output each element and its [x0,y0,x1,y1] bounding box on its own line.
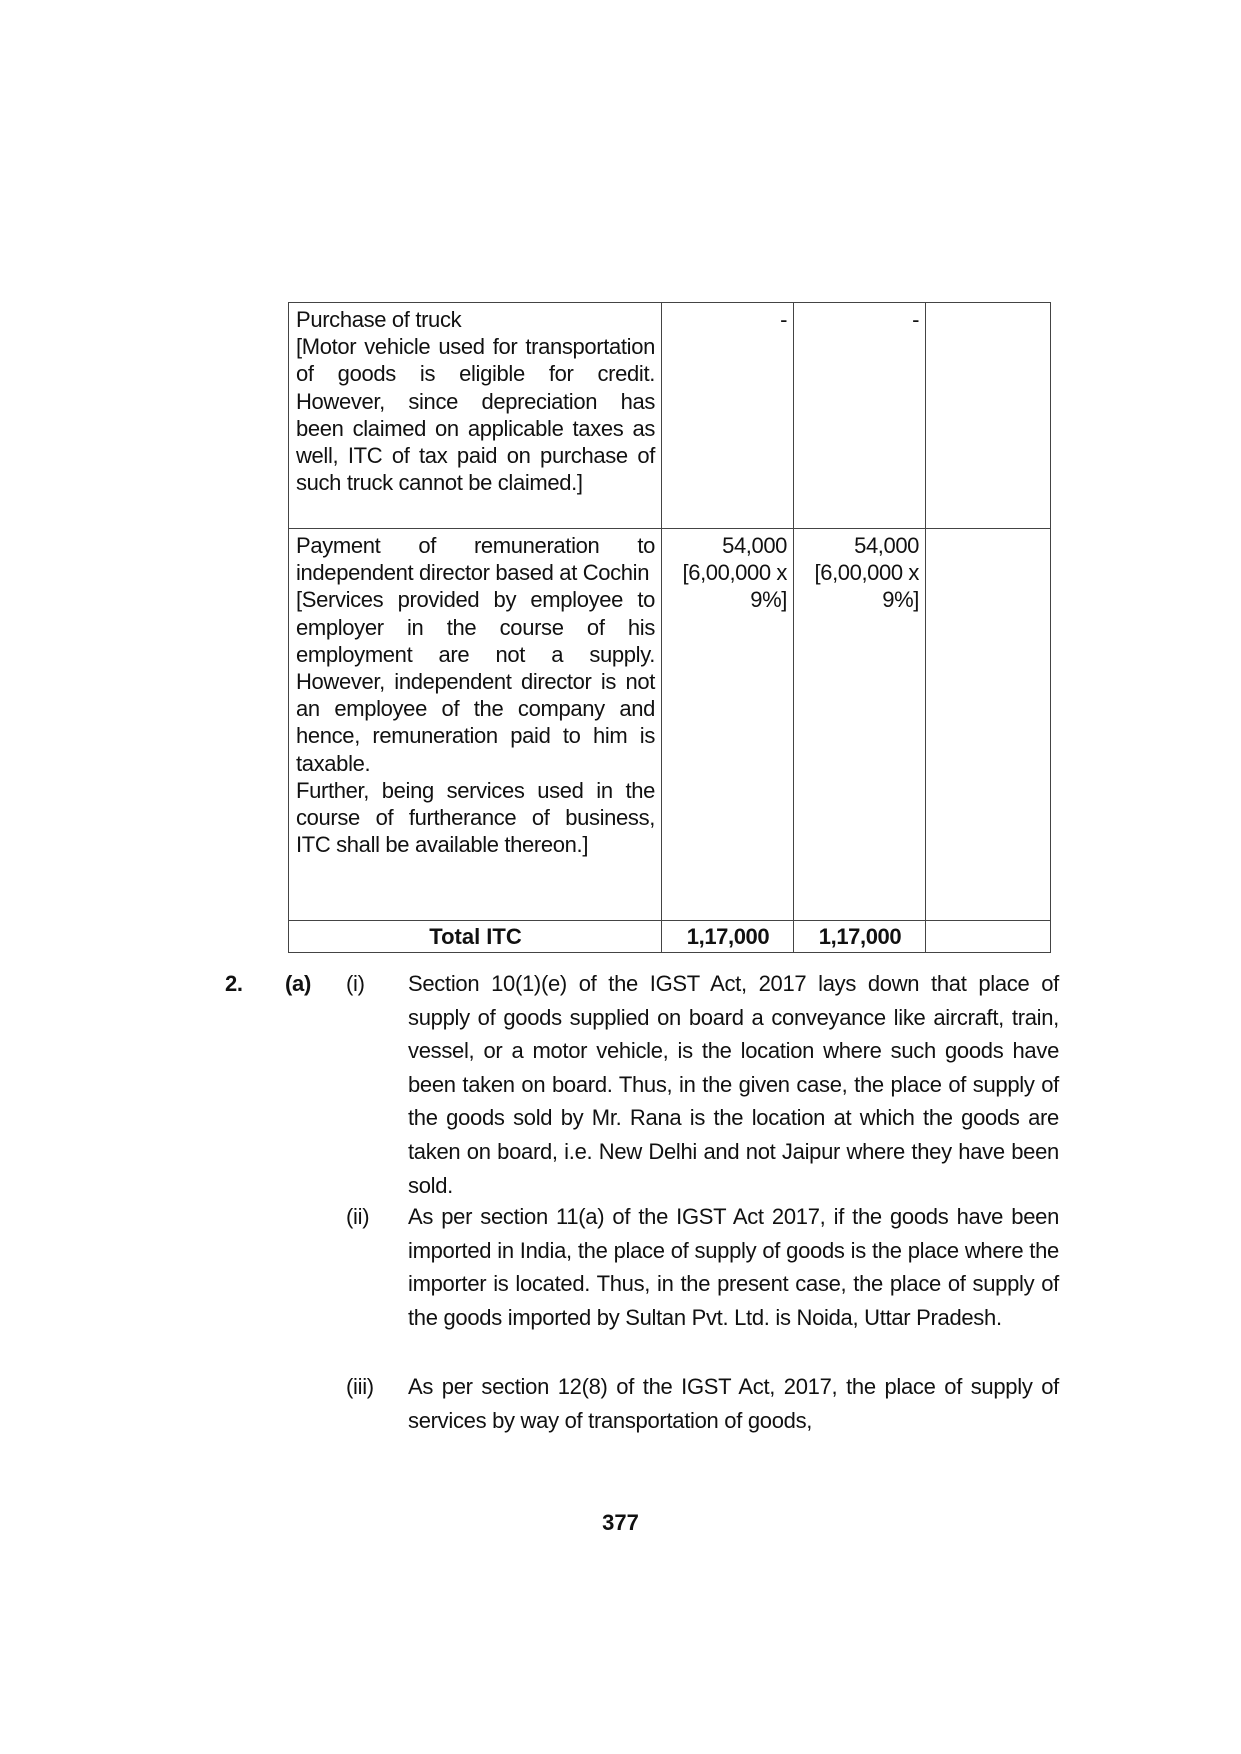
row-note: Further, being services used in the cour… [296,777,655,859]
table-row-total: Total ITC 1,17,000 1,17,000 [289,921,1051,953]
itc-table: Purchase of truck [Motor vehicle used fo… [288,302,1051,953]
sgst-value: 54,000 [6,00,000 x 9%] [794,529,926,921]
value-line: 9%] [801,586,919,613]
value-line: 54,000 [801,532,919,559]
igst-value [926,303,1051,529]
value-line: [6,00,000 x [669,559,787,586]
answer-item-iii: As per section 12(8) of the IGST Act, 20… [408,1370,1059,1437]
value-line: 54,000 [669,532,787,559]
item-number-iii: (iii) [346,1370,374,1404]
answer-item-ii: As per section 11(a) of the IGST Act 201… [408,1200,1059,1334]
page-number: 377 [0,1510,1241,1536]
sgst-value: - [794,303,926,529]
value-line: [6,00,000 x [801,559,919,586]
row-note: [Services provided by employee to employ… [296,586,655,776]
table-row-director: Payment of remuneration to independent d… [289,529,1051,921]
cgst-value: - [662,303,794,529]
total-cgst: 1,17,000 [662,921,794,953]
answer-item-i: Section 10(1)(e) of the IGST Act, 2017 l… [408,967,1059,1202]
value-line: - [801,306,919,333]
row-description: Purchase of truck [Motor vehicle used fo… [289,303,662,529]
row-description: Payment of remuneration to independent d… [289,529,662,921]
total-sgst: 1,17,000 [794,921,926,953]
value-line: - [669,306,787,333]
total-igst [926,921,1051,953]
item-number-ii: (ii) [346,1200,369,1234]
item-number-i: (i) [346,967,365,1001]
value-line: 9%] [669,586,787,613]
table-row-truck: Purchase of truck [Motor vehicle used fo… [289,303,1051,529]
question-part: (a) [285,967,311,1001]
cgst-value: 54,000 [6,00,000 x 9%] [662,529,794,921]
row-note: [Motor vehicle used for transportation o… [296,333,655,496]
question-number: 2. [225,967,243,1001]
igst-value [926,529,1051,921]
row-title: Purchase of truck [296,306,655,333]
total-label: Total ITC [289,921,662,953]
row-title: Payment of remuneration to independent d… [296,532,655,586]
